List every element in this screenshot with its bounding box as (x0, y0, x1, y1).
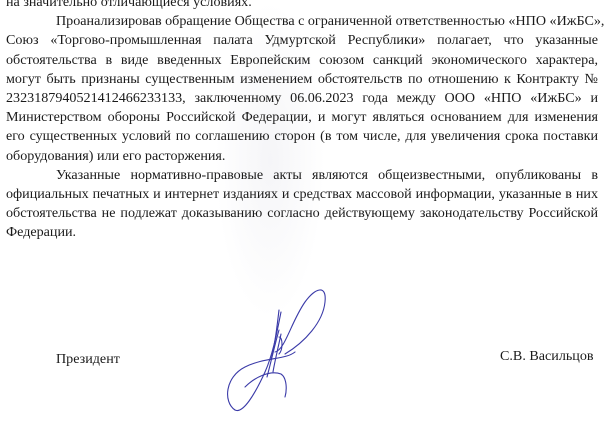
paragraph-1: Проанализировав обращение Общества с огр… (6, 12, 598, 166)
paragraph-line: Министерством обороны Российской Федерац… (6, 108, 598, 127)
paragraph-line: Союз «Торгово-промышленная палата Удмурт… (6, 31, 598, 50)
paragraph-line: его существенных условий по соглашению с… (6, 127, 598, 146)
paragraph-line: Федерации. (6, 223, 598, 242)
signatory-name: С.В. Васильцов (500, 348, 594, 365)
signatory-title: Президент (56, 351, 120, 368)
paragraph-line: оборудования) или его расторжения. (6, 147, 598, 166)
paragraph-line: обстоятельства не подлежат доказыванию с… (6, 204, 598, 223)
paragraph-line: официальных печатных и интернет изданиях… (6, 185, 598, 204)
document-page: на значительно отличающиеся условиях. Пр… (0, 0, 608, 445)
handwritten-signature (215, 282, 335, 432)
paragraph-2: Указанные нормативно-правовые акты являю… (6, 166, 598, 243)
paragraph-line: Указанные нормативно-правовые акты являю… (6, 166, 598, 185)
cutoff-line: на значительно отличающиеся условиях. (6, 0, 598, 12)
paragraph-line: обстоятельства в виде введенных Европейс… (6, 51, 598, 70)
paragraph-line: Проанализировав обращение Общества с огр… (6, 12, 598, 31)
paragraph-line: 2323187940521412466233133, заключенному … (6, 89, 598, 108)
paragraph-line: могут быть признаны существенным изменен… (6, 70, 598, 89)
document-body: на значительно отличающиеся условиях. Пр… (6, 0, 598, 243)
